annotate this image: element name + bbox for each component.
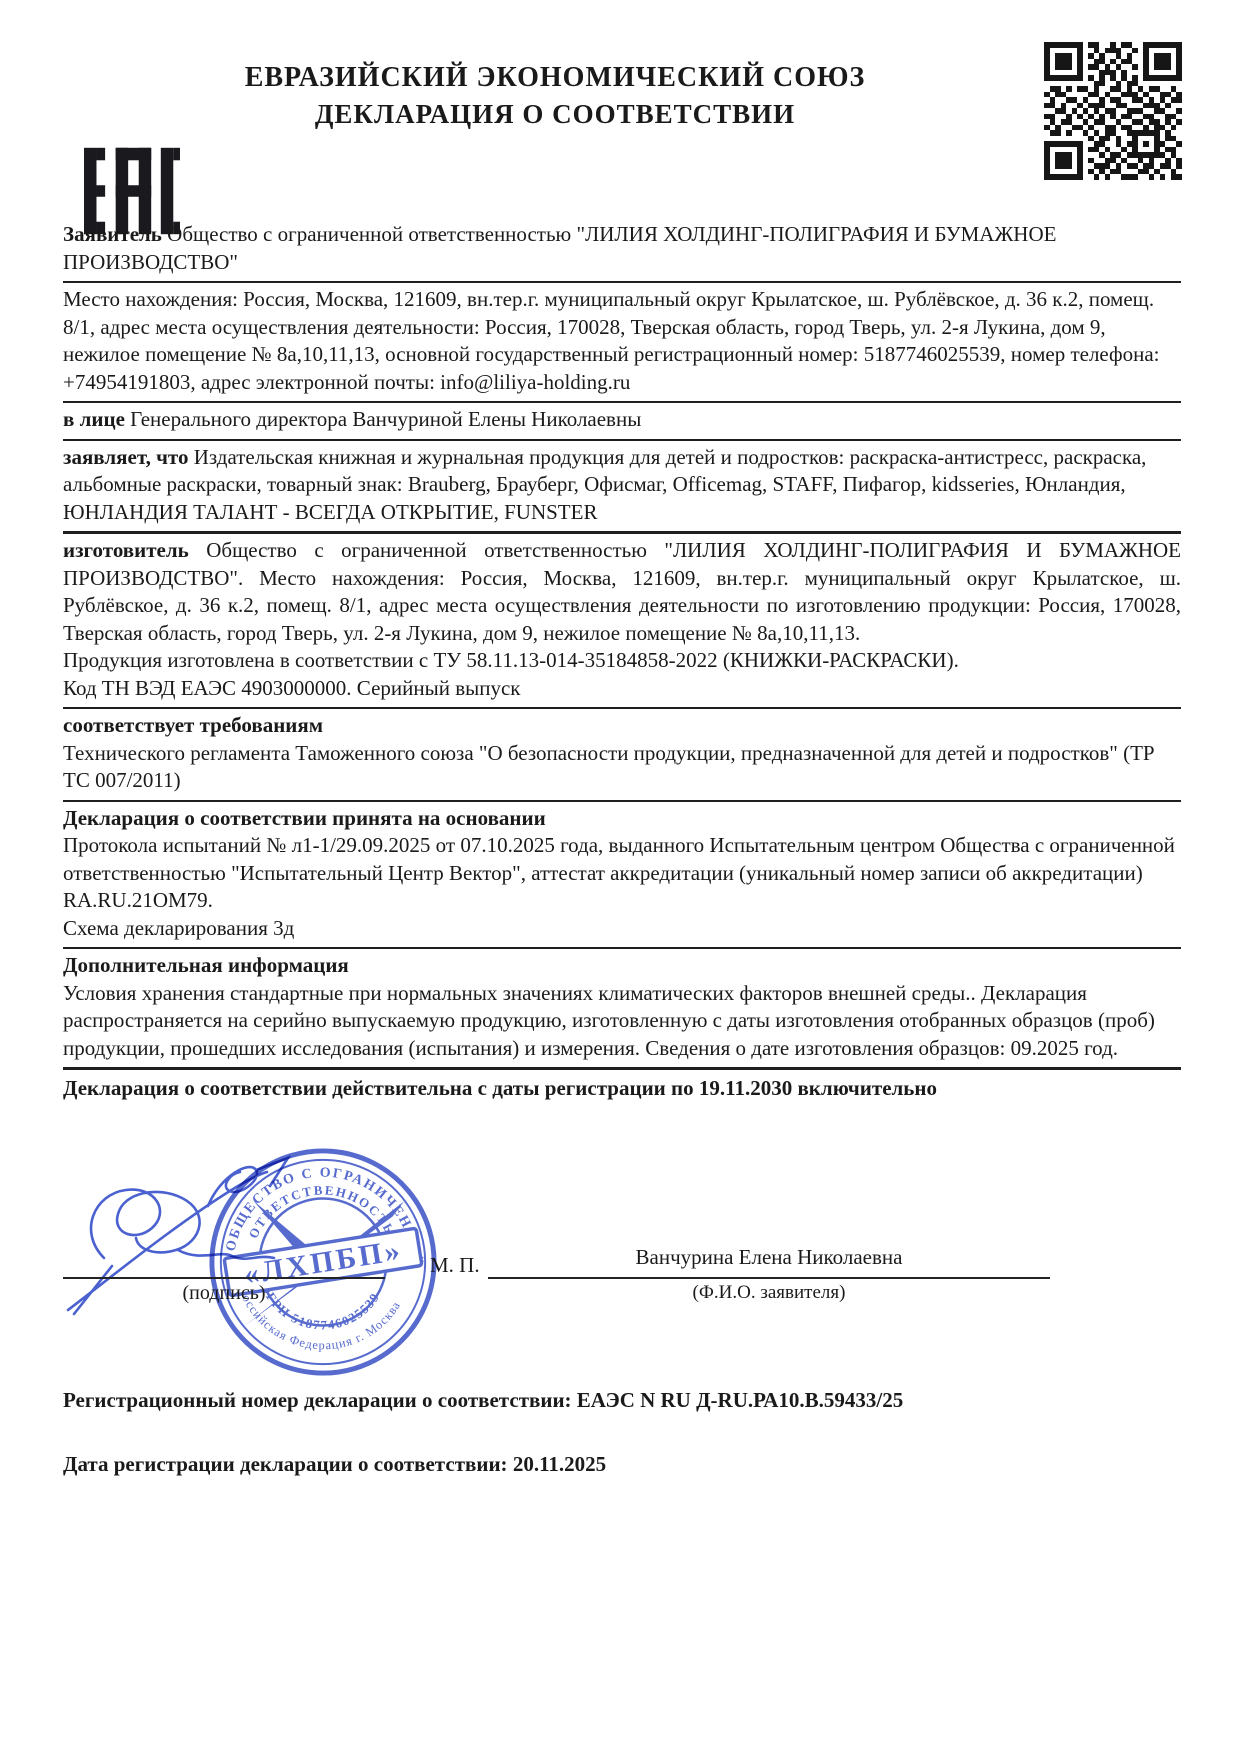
additional-info-section: Дополнительная информация Условия хранен… bbox=[63, 949, 1181, 1070]
basis-scheme: Схема декларирования 3д bbox=[63, 915, 1181, 943]
declaration-document: ЕВРАЗИЙСКИЙ ЭКОНОМИЧЕСКИЙ СОЮЗ ДЕКЛАРАЦИ… bbox=[0, 0, 1240, 1754]
registration-number-value: ЕАЭС N RU Д-RU.РА10.В.59433/25 bbox=[577, 1388, 903, 1412]
compliance-heading: соответствует требованиям bbox=[63, 712, 1181, 740]
representative-text: Генерального директора Ванчуриной Елены … bbox=[130, 407, 641, 431]
declaration-body: Заявитель Общество с ограниченной ответс… bbox=[63, 218, 1181, 1103]
title-line-1: ЕВРАЗИЙСКИЙ ЭКОНОМИЧЕСКИЙ СОЮЗ bbox=[160, 60, 950, 96]
basis-section: Декларация о соответствии принята на осн… bbox=[63, 802, 1181, 950]
additional-text: Условия хранения стандартные при нормаль… bbox=[63, 980, 1181, 1063]
validity-statement: Декларация о соответствии действительна … bbox=[63, 1070, 1181, 1103]
representative-label: в лице bbox=[63, 407, 125, 431]
manufacturer-code: Код ТН ВЭД ЕАЭС 4903000000. Серийный вып… bbox=[63, 675, 1181, 703]
applicant-address-section: Место нахождения: Россия, Москва, 121609… bbox=[63, 283, 1181, 403]
applicant-label: Заявитель bbox=[63, 222, 162, 246]
applicant-name: Общество с ограниченной ответственностью… bbox=[63, 222, 1056, 274]
representative-section: в лице Генерального директора Ванчуриной… bbox=[63, 403, 1181, 441]
declares-text: Издательская книжная и журнальная продук… bbox=[63, 445, 1146, 524]
title-line-2: ДЕКЛАРАЦИЯ О СООТВЕТСТВИИ bbox=[160, 96, 950, 132]
registration-number-line: Регистрационный номер декларации о соотв… bbox=[63, 1388, 903, 1413]
compliance-section: соответствует требованиям Технического р… bbox=[63, 709, 1181, 802]
registration-number-label: Регистрационный номер декларации о соотв… bbox=[63, 1388, 572, 1412]
manufacturer-section: изготовитель Общество с ограниченной отв… bbox=[63, 534, 1181, 709]
registration-date-line: Дата регистрации декларации о соответств… bbox=[63, 1452, 606, 1477]
applicant-fio: Ванчурина Елена Николаевна bbox=[488, 1245, 1050, 1270]
manufacturer-made-to: Продукция изготовлена в соответствии с Т… bbox=[63, 647, 1181, 675]
additional-heading: Дополнительная информация bbox=[63, 952, 1181, 980]
qr-code bbox=[1044, 42, 1182, 180]
basis-text: Протокола испытаний № л1-1/29.09.2025 от… bbox=[63, 832, 1181, 915]
applicant-address: Место нахождения: Россия, Москва, 121609… bbox=[63, 287, 1160, 394]
signature-line bbox=[63, 1277, 385, 1279]
registration-date-label: Дата регистрации декларации о соответств… bbox=[63, 1452, 508, 1476]
fio-line bbox=[488, 1277, 1050, 1279]
manufacturer-label: изготовитель bbox=[63, 538, 189, 562]
manufacturer-text: Общество с ограниченной ответственностью… bbox=[63, 538, 1181, 645]
document-title: ЕВРАЗИЙСКИЙ ЭКОНОМИЧЕСКИЙ СОЮЗ ДЕКЛАРАЦИ… bbox=[160, 60, 950, 132]
compliance-text: Технического регламента Таможенного союз… bbox=[63, 740, 1181, 795]
declares-section: заявляет, что Издательская книжная и жур… bbox=[63, 441, 1181, 535]
basis-heading: Декларация о соответствии принята на осн… bbox=[63, 805, 1181, 833]
signature-caption: (подпись) bbox=[63, 1282, 385, 1305]
manufacturer-paragraph: изготовитель Общество с ограниченной отв… bbox=[63, 537, 1181, 647]
company-stamp: ОБЩЕСТВО С ОГРАНИЧЕННОЙ ОТВЕТСТВЕННОСТЬЮ… bbox=[194, 1133, 452, 1391]
fio-caption: (Ф.И.О. заявителя) bbox=[488, 1282, 1050, 1304]
declares-label: заявляет, что bbox=[63, 445, 188, 469]
stamp-place-label: М. П. bbox=[430, 1253, 480, 1278]
registration-date-value: 20.11.2025 bbox=[513, 1452, 606, 1476]
applicant-section: Заявитель Общество с ограниченной ответс… bbox=[63, 218, 1181, 283]
